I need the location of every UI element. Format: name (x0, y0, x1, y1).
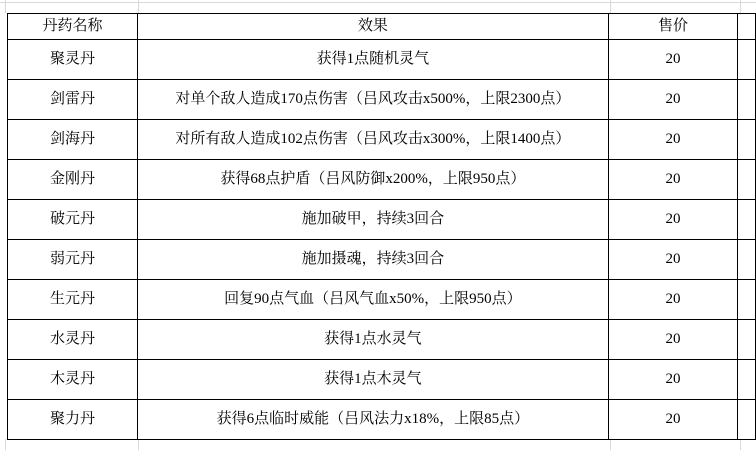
table-row: 生元丹 回复90点气血（吕风气血x50%，上限950点） 20 (8, 280, 756, 320)
cell-pill-name[interactable]: 木灵丹 (8, 360, 138, 400)
cell-price[interactable]: 20 (608, 400, 737, 440)
cell-pill-name[interactable]: 水灵丹 (8, 320, 138, 360)
cell-effect[interactable]: 获得1点木灵气 (137, 360, 608, 400)
cell-pill-name[interactable]: 破元丹 (8, 200, 138, 240)
cell-pill-name[interactable]: 金刚丹 (8, 160, 138, 200)
cell-effect[interactable]: 获得68点护盾（吕风防御x200%，上限950点） (137, 160, 608, 200)
table-row: 破元丹 施加破甲，持续3回合 20 (8, 200, 756, 240)
cell-price[interactable]: 20 (608, 80, 737, 120)
cell-empty-cut[interactable] (738, 120, 756, 160)
cell-price[interactable]: 20 (608, 360, 737, 400)
gridline-vertical (740, 0, 741, 13)
table-row: 金刚丹 获得68点护盾（吕风防御x200%，上限950点） 20 (8, 160, 756, 200)
cell-empty-cut[interactable] (738, 200, 756, 240)
header-price[interactable]: 售价 (608, 14, 737, 40)
cell-price[interactable]: 20 (608, 160, 737, 200)
cell-empty-cut[interactable] (738, 80, 756, 120)
table-row: 弱元丹 施加摄魂，持续3回合 20 (8, 240, 756, 280)
cell-price[interactable]: 20 (608, 280, 737, 320)
cell-effect[interactable]: 获得1点水灵气 (137, 320, 608, 360)
cell-pill-name[interactable]: 弱元丹 (8, 240, 138, 280)
cell-effect[interactable]: 获得6点临时威能（吕风法力x18%，上限85点） (137, 400, 608, 440)
cell-empty-cut[interactable] (738, 400, 756, 440)
gridline-vertical (610, 439, 611, 450)
gridline-vertical (138, 0, 139, 13)
cell-price[interactable]: 20 (608, 200, 737, 240)
cell-empty-cut[interactable] (738, 40, 756, 80)
cell-price[interactable]: 20 (608, 120, 737, 160)
gridline-vertical (5, 0, 6, 13)
cell-empty-cut[interactable] (738, 160, 756, 200)
cell-effect[interactable]: 对所有敌人造成102点伤害（吕风攻击x300%，上限1400点） (137, 120, 608, 160)
gridline-vertical (740, 439, 741, 450)
cell-price[interactable]: 20 (608, 320, 737, 360)
cell-price[interactable]: 20 (608, 40, 737, 80)
gridline-vertical (138, 439, 139, 450)
cell-effect[interactable]: 回复90点气血（吕风气血x50%，上限950点） (137, 280, 608, 320)
gridline-horizontal-top (0, 2, 756, 3)
cell-empty-cut[interactable] (738, 320, 756, 360)
cell-effect[interactable]: 对单个敌人造成170点伤害（吕风攻击x500%，上限2300点） (137, 80, 608, 120)
header-effect[interactable]: 效果 (137, 14, 608, 40)
cell-empty-cut[interactable] (738, 240, 756, 280)
cell-empty-cut[interactable] (738, 280, 756, 320)
cell-empty-cut[interactable] (738, 360, 756, 400)
gridline-vertical (610, 0, 611, 13)
cell-pill-name[interactable]: 聚灵丹 (8, 40, 138, 80)
cell-pill-name[interactable]: 剑海丹 (8, 120, 138, 160)
pill-table: 丹药名称 效果 售价 聚灵丹 获得1点随机灵气 20 剑雷丹 对单个敌人造成17… (7, 13, 756, 440)
cell-effect[interactable]: 获得1点随机灵气 (137, 40, 608, 80)
cell-pill-name[interactable]: 剑雷丹 (8, 80, 138, 120)
cell-effect[interactable]: 施加破甲，持续3回合 (137, 200, 608, 240)
cell-pill-name[interactable]: 聚力丹 (8, 400, 138, 440)
header-empty-cut[interactable] (738, 14, 756, 40)
table-row: 聚力丹 获得6点临时威能（吕风法力x18%，上限85点） 20 (8, 400, 756, 440)
table-row: 剑雷丹 对单个敌人造成170点伤害（吕风攻击x500%，上限2300点） 20 (8, 80, 756, 120)
header-row: 丹药名称 效果 售价 (8, 14, 756, 40)
cell-pill-name[interactable]: 生元丹 (8, 280, 138, 320)
table-row: 水灵丹 获得1点水灵气 20 (8, 320, 756, 360)
cell-effect[interactable]: 施加摄魂，持续3回合 (137, 240, 608, 280)
gridline-vertical (5, 439, 6, 450)
table-row: 聚灵丹 获得1点随机灵气 20 (8, 40, 756, 80)
table-row: 木灵丹 获得1点木灵气 20 (8, 360, 756, 400)
table-row: 剑海丹 对所有敌人造成102点伤害（吕风攻击x300%，上限1400点） 20 (8, 120, 756, 160)
cell-price[interactable]: 20 (608, 240, 737, 280)
header-pill-name[interactable]: 丹药名称 (8, 14, 138, 40)
